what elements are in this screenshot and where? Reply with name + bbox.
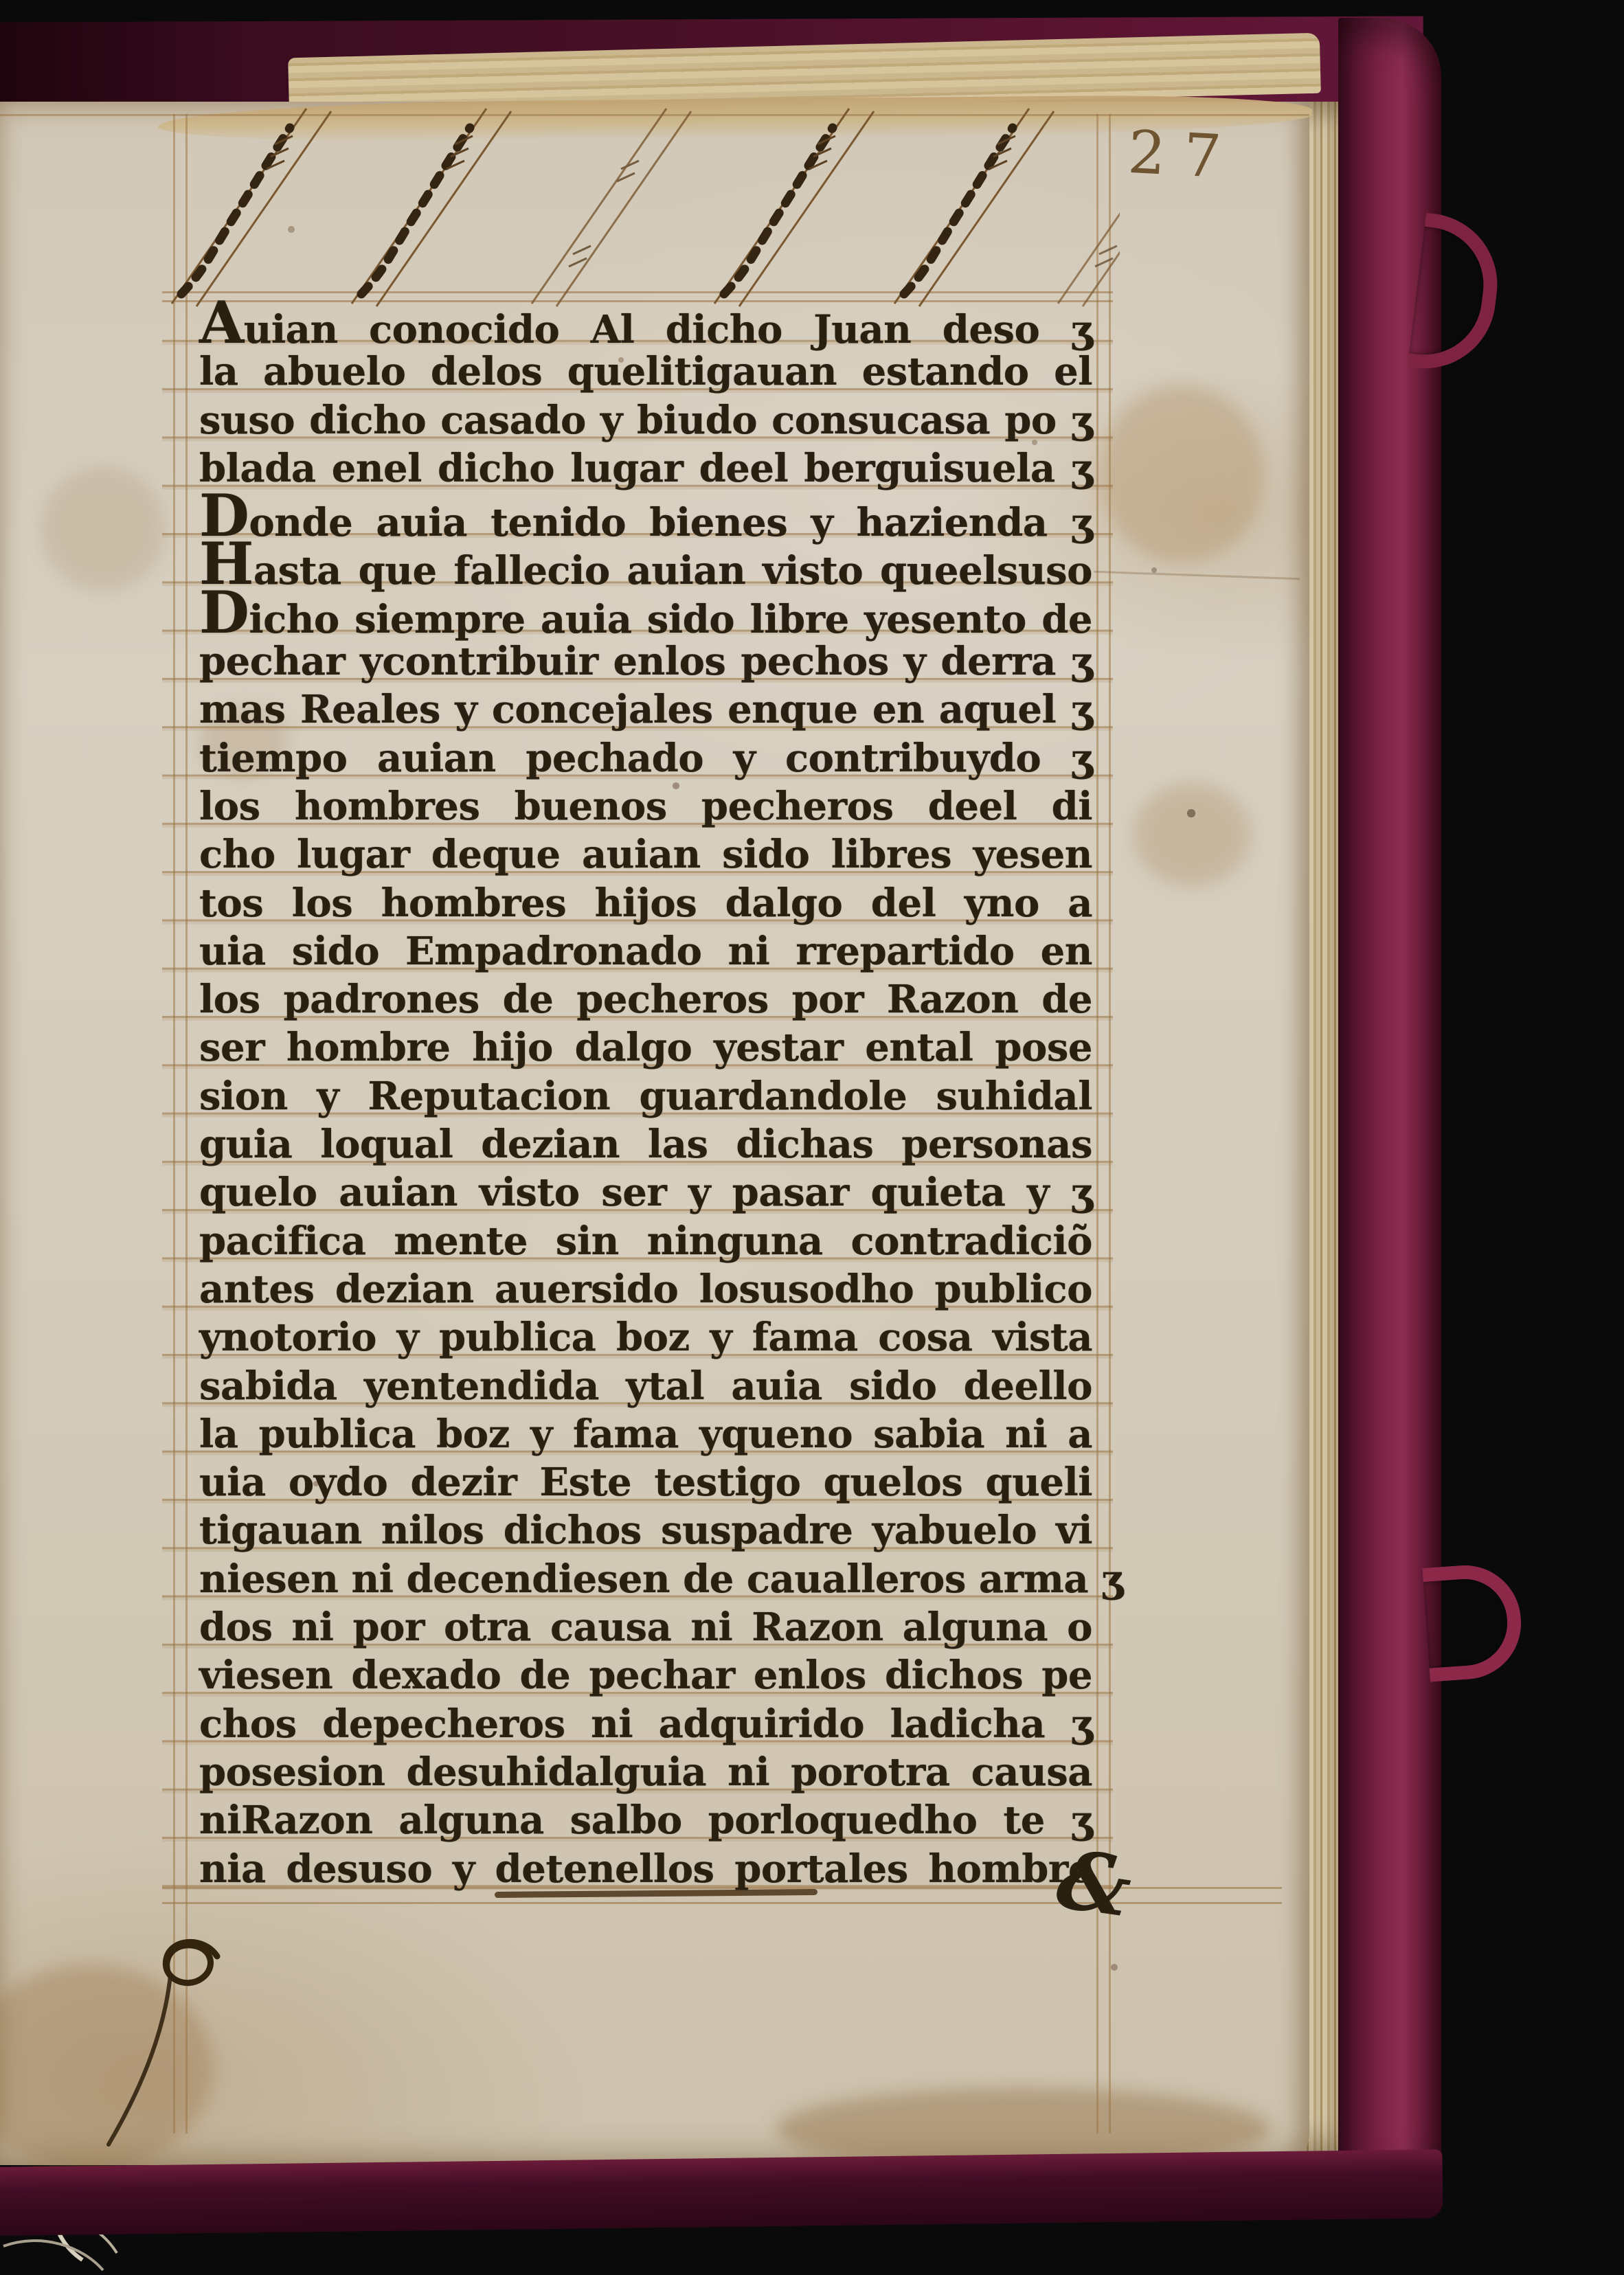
manuscript-line: sabida yentendida ytal auia sido deello <box>199 1362 1092 1410</box>
line-end-flourish-icon: & <box>1052 1831 1138 1935</box>
manuscript-line: los hombres buenos pecheros deel di <box>199 782 1092 830</box>
folio-number: 27 <box>1126 118 1240 192</box>
manuscript-line: suso dicho casado y biudo consucasa po ʒ <box>199 396 1092 444</box>
manuscript-line: niesen ni decendiesen de caualleros arma… <box>199 1555 1092 1603</box>
margin-rule-left <box>173 114 175 2133</box>
manuscript-line: tiempo auian pechado y contribuydo ʒ <box>199 734 1092 782</box>
manuscript-line: la publica boz y fama yqueno sabia ni a <box>199 1410 1092 1458</box>
manuscript-line: dos ni por otra causa ni Razon alguna o <box>199 1603 1092 1651</box>
stain <box>1134 783 1250 886</box>
manuscript-line: Dicho siempre auia sido libre yesento de <box>199 589 1092 637</box>
ink-specks <box>0 0 3 3</box>
manuscript-line: la abuelo delos quelitigauan estando el <box>199 348 1092 396</box>
manuscript-line: viesen dexado de pechar enlos dichos pe <box>199 1651 1092 1699</box>
stain <box>41 467 165 591</box>
manuscript-line: tigauan nilos dichos suspadre yabuelo vi <box>199 1506 1092 1554</box>
manuscript-line: chos depecheros ni adquirido ladicha ʒ <box>199 1700 1092 1748</box>
manuscript-line: nia desuso y detenellos portales hombre <box>199 1845 1092 1893</box>
manuscript-line: ynotorio y publica boz y fama cosa vista <box>199 1313 1092 1361</box>
manuscript-line: mas Reales y concejales enque en aquel ʒ <box>199 686 1092 734</box>
manuscript-line: pechar ycontribuir enlos pechos y derra … <box>199 637 1092 686</box>
stain <box>1099 385 1264 563</box>
manuscript-line: ser hombre hijo dalgo yestar ental pose <box>199 1023 1092 1072</box>
margin-rule-left <box>185 114 188 2133</box>
manuscript-line: blada enel dicho lugar deel berguisuela … <box>199 444 1092 493</box>
ribbon-loop-bottom <box>1422 1561 1524 1682</box>
manuscript-line: cho lugar deque auian sido libres yesen <box>199 830 1092 879</box>
manuscript-line: Donde auia tenido bienes y hazienda ʒ <box>199 493 1092 541</box>
margin-rule-right <box>1096 114 1098 2133</box>
manuscript-line: pacifica mente sin ninguna contradiciõ <box>199 1217 1092 1265</box>
manuscript-line: uia sido Empadronado ni rrepartido en <box>199 927 1092 975</box>
manuscript-photo: 27 Auian conocido Al dicho Juan deso ʒ l… <box>0 0 1624 2275</box>
manuscript-line: posesion desuhidalguia ni porotra causa <box>199 1748 1092 1796</box>
manuscript-line: Hasta que fallecio auian visto queelsuso <box>199 541 1092 589</box>
manuscript-line: uia oydo dezir Este testigo quelos queli <box>199 1458 1092 1506</box>
manuscript-line: tos los hombres hijos dalgo del yno a <box>199 879 1092 927</box>
manuscript-line: quelo auian visto ser y pasar quieta y ʒ <box>199 1168 1092 1216</box>
margin-rule-right <box>1109 114 1111 2133</box>
text-block: Auian conocido Al dicho Juan deso ʒ la a… <box>199 299 1092 1893</box>
manuscript-line: los padrones de pecheros por Razon de <box>199 975 1092 1023</box>
manuscript-line: guia loqual dezian las dichas personas <box>199 1120 1092 1168</box>
penwork-flourish-icon <box>165 103 1120 309</box>
manuscript-line: sion y Reputacion guardandole suhidal <box>199 1072 1092 1120</box>
manuscript-line: Auian conocido Al dicho Juan deso ʒ <box>199 299 1092 348</box>
paraph-flourish-icon <box>82 1923 261 2171</box>
manuscript-line: niRazon alguna salbo porloquedho te ʒ <box>199 1796 1092 1844</box>
manuscript-line: antes dezian auersido losusodho publico <box>199 1265 1092 1313</box>
